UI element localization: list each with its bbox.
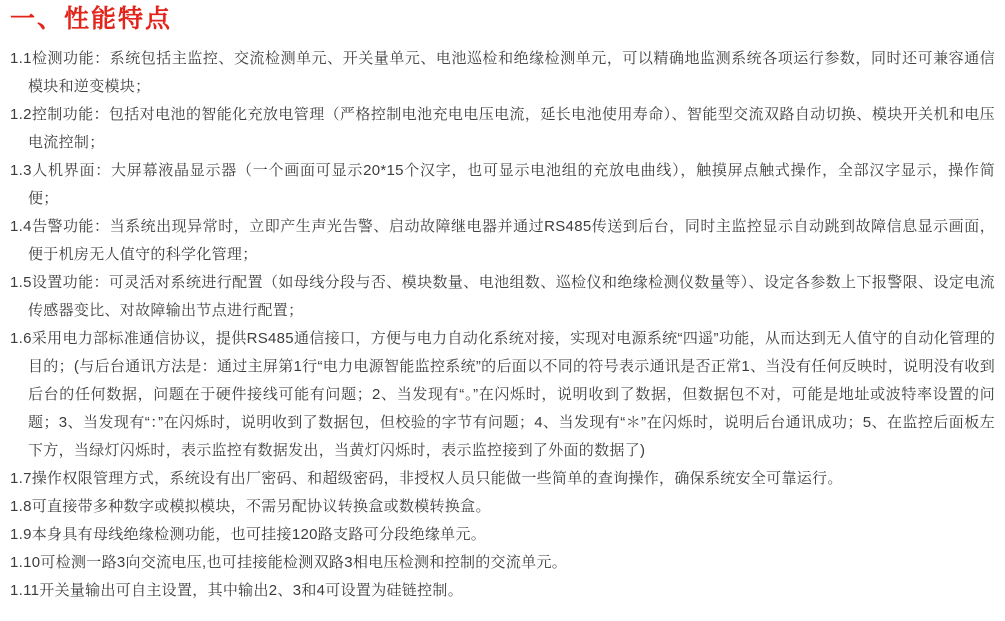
feature-item-1-2: 1.2控制功能：包括对电池的智能化充放电管理（严格控制电池充电电压电流，延长电池… (10, 101, 995, 157)
feature-item-1-11: 1.11开关量输出可自主设置，其中输出2、3和4可设置为硅链控制。 (10, 577, 995, 605)
feature-item-1-9: 1.9本身具有母线绝缘检测功能，也可挂接120路支路可分段绝缘单元。 (10, 521, 995, 549)
feature-item-1-7: 1.7操作权限管理方式，系统设有出厂密码、和超级密码，非授权人员只能做一些简单的… (10, 465, 995, 493)
feature-list: 1.1检测功能：系统包括主监控、交流检测单元、开关量单元、电池巡检和绝缘检测单元… (10, 45, 995, 605)
feature-item-1-5: 1.5设置功能：可灵活对系统进行配置（如母线分段与否、模块数量、电池组数、巡检仪… (10, 269, 995, 325)
feature-item-1-6: 1.6采用电力部标准通信协议，提供RS485通信接口，方便与电力自动化系统对接，… (10, 325, 995, 465)
page-title: 一、性能特点 (10, 4, 995, 34)
feature-item-1-4: 1.4告警功能：当系统出现异常时，立即产生声光告警、启动故障继电器并通过RS48… (10, 213, 995, 269)
feature-item-1-8: 1.8可直接带多种数字或模拟模块，不需另配协议转换盒或数模转换盒。 (10, 493, 995, 521)
feature-item-1-10: 1.10可检测一路3向交流电压,也可挂接能检测双路3相电压检测和控制的交流单元。 (10, 549, 995, 577)
feature-item-1-3: 1.3人机界面：大屏幕液晶显示器（一个画面可显示20*15个汉字，也可显示电池组… (10, 157, 995, 213)
feature-item-1-1: 1.1检测功能：系统包括主监控、交流检测单元、开关量单元、电池巡检和绝缘检测单元… (10, 45, 995, 101)
document-page: 一、性能特点 1.1检测功能：系统包括主监控、交流检测单元、开关量单元、电池巡检… (0, 0, 1005, 621)
